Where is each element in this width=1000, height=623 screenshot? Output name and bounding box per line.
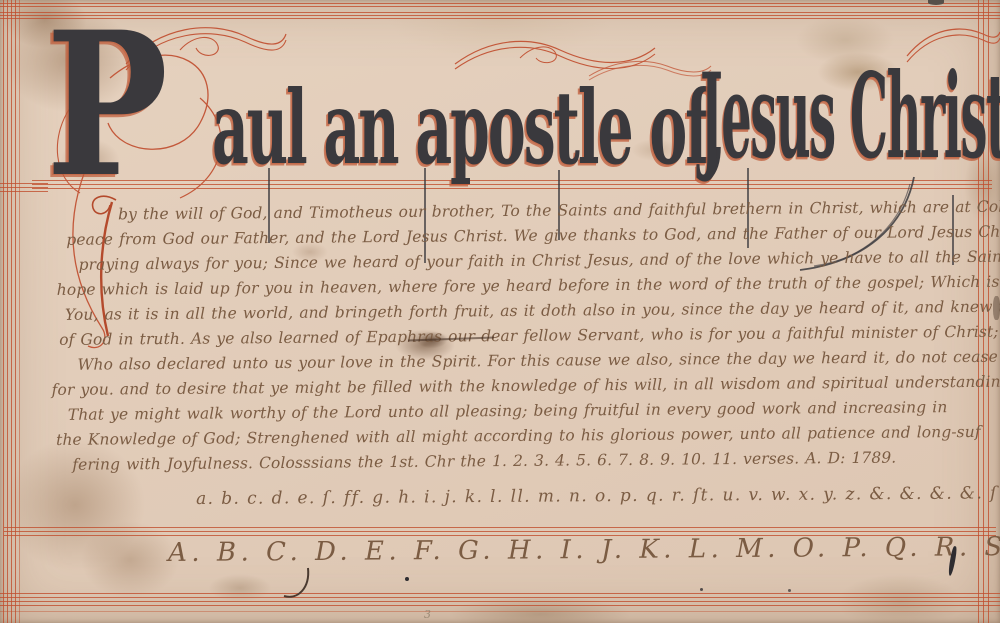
rule-line — [4, 527, 996, 528]
rule-line — [0, 611, 1000, 612]
ink-dot — [788, 589, 791, 592]
ink-dot — [700, 588, 703, 591]
rule-line — [0, 605, 1000, 606]
lowercase-alphabet-row: a. b. c. d. e. ſ. ff. g. h. i. j. k. l. … — [196, 483, 986, 509]
pencil-mark: 3 — [424, 608, 431, 621]
letter-hook-icon — [278, 566, 318, 606]
rule-line — [11, 0, 12, 623]
illuminated-initial-p: P — [46, 6, 168, 204]
rule-line — [0, 593, 1000, 594]
paper-edge-nick — [993, 296, 1000, 320]
page-title-part2: Jesus Christ — [700, 58, 1000, 175]
rule-line — [3, 0, 4, 623]
rule-line — [19, 0, 20, 623]
uppercase-alphabet-row: A. B. C. D. E. F. G. H. I. J. K. L. M. O… — [168, 532, 968, 568]
rule-line — [15, 0, 16, 623]
ink-dot — [405, 577, 409, 581]
manuscript-page: P aul an apostle of, Jesus Christ by the… — [0, 0, 1000, 623]
rule-line — [4, 531, 996, 532]
rule-line — [0, 601, 1000, 602]
rule-line — [0, 597, 1000, 598]
page-title-part1: aul an apostle of, — [212, 78, 724, 179]
paper-edge-notch — [928, 0, 944, 5]
rule-line — [7, 0, 8, 623]
scripture-passage: by the will of God, and Timotheus our br… — [48, 195, 968, 478]
